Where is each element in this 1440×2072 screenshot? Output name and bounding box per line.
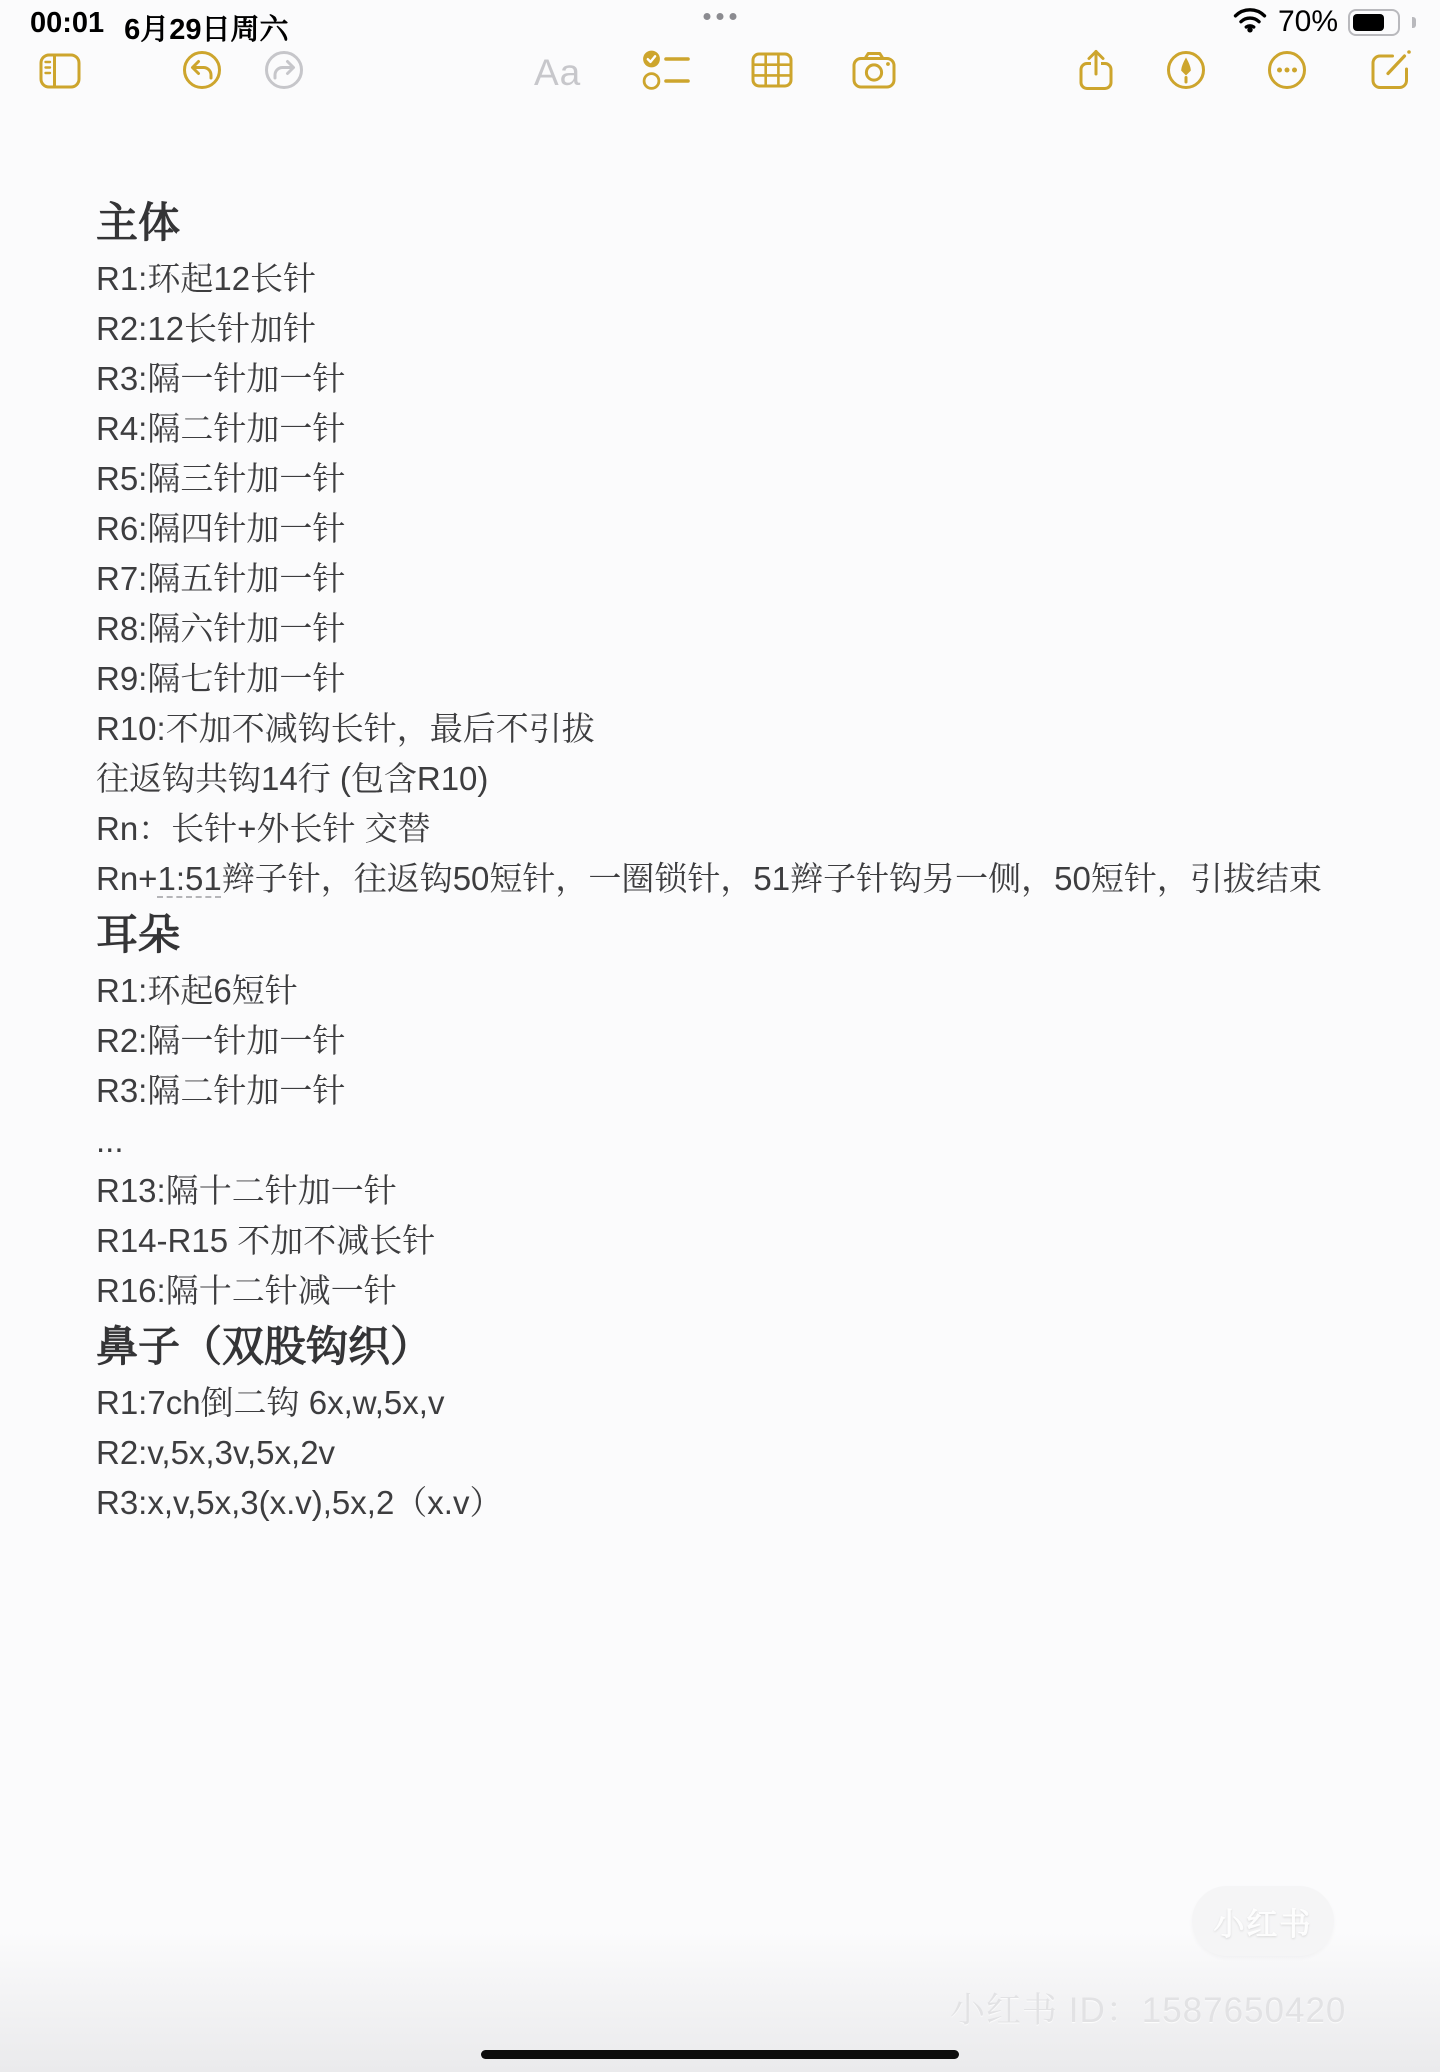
note-line[interactable]: R10:不加不减钩长针，最后不引拔 <box>96 704 1404 754</box>
undo-button[interactable] <box>178 46 226 94</box>
more-button[interactable] <box>1263 46 1311 94</box>
format-text-button[interactable]: Aa <box>534 52 581 94</box>
note-line[interactable]: R6:隔四针加一针 <box>96 504 1404 554</box>
note-line[interactable]: R5:隔三针加一针 <box>96 454 1404 504</box>
compose-button[interactable] <box>1366 46 1414 94</box>
section-heading-body: 主体 <box>96 192 1404 254</box>
camera-button[interactable] <box>850 46 898 94</box>
redo-button[interactable] <box>260 46 308 94</box>
note-line[interactable]: R14-R15 不加不减长针 <box>96 1216 1404 1266</box>
note-line[interactable]: Rn：长针+外长针 交替 <box>96 804 1404 854</box>
note-line[interactable]: R2:12长针加针 <box>96 304 1404 354</box>
note-line[interactable]: R2:隔一针加一针 <box>96 1016 1404 1066</box>
sidebar-toggle-button[interactable] <box>36 46 84 94</box>
note-line[interactable]: R3:x,v,5x,3(x.v),5x,2（x.v） <box>96 1478 1404 1528</box>
table-button[interactable] <box>748 46 796 94</box>
note-line[interactable]: R2:v,5x,3v,5x,2v <box>96 1428 1404 1478</box>
note-line[interactable]: R4:隔二针加一针 <box>96 404 1404 454</box>
markup-button[interactable] <box>1162 46 1210 94</box>
note-line[interactable]: R13:隔十二针加一针 <box>96 1166 1404 1216</box>
note-line[interactable]: R7:隔五针加一针 <box>96 554 1404 604</box>
line-prefix: Rn+ <box>96 860 157 897</box>
note-line[interactable]: R3:隔一针加一针 <box>96 354 1404 404</box>
checklist-button[interactable] <box>642 46 690 94</box>
note-line[interactable]: R8:隔六针加一针 <box>96 604 1404 654</box>
xiaohongshu-badge: 小红书 <box>1192 1886 1334 1956</box>
note-line-with-detected-time[interactable]: Rn+1:51辫子针，往返钩50短针，一圈锁针，51辫子针钩另一侧，50短针，引… <box>96 854 1404 904</box>
note-line[interactable]: R16:隔十二针减一针 <box>96 1266 1404 1316</box>
xiaohongshu-id-watermark: 小红书 ID：1587650420 <box>950 1983 1346 2033</box>
note-line[interactable]: R1:环起6短针 <box>96 966 1404 1016</box>
note-line[interactable]: ... <box>96 1116 1404 1166</box>
note-line[interactable]: R3:隔二针加一针 <box>96 1066 1404 1116</box>
section-heading-nose: 鼻子（双股钩织） <box>96 1316 1404 1378</box>
note-line[interactable]: R1:环起12长针 <box>96 254 1404 304</box>
note-line[interactable]: R1:7ch倒二钩 6x,w,5x,v <box>96 1378 1404 1428</box>
note-line[interactable]: 往返钩共钩14行 (包含R10) <box>96 754 1404 804</box>
home-indicator[interactable] <box>481 2050 959 2059</box>
notes-toolbar: Aa <box>0 0 1440 110</box>
note-line[interactable]: R9:隔七针加一针 <box>96 654 1404 704</box>
line-suffix: 辫子针，往返钩50短针，一圈锁针，51辫子针钩另一侧，50短针，引拔结束 <box>222 860 1322 897</box>
share-button[interactable] <box>1072 46 1120 94</box>
detected-time-link[interactable]: 1:51 <box>157 860 221 897</box>
note-content[interactable]: 主体 R1:环起12长针 R2:12长针加针 R3:隔一针加一针 R4:隔二针加… <box>96 192 1404 1528</box>
section-heading-ears: 耳朵 <box>96 904 1404 966</box>
